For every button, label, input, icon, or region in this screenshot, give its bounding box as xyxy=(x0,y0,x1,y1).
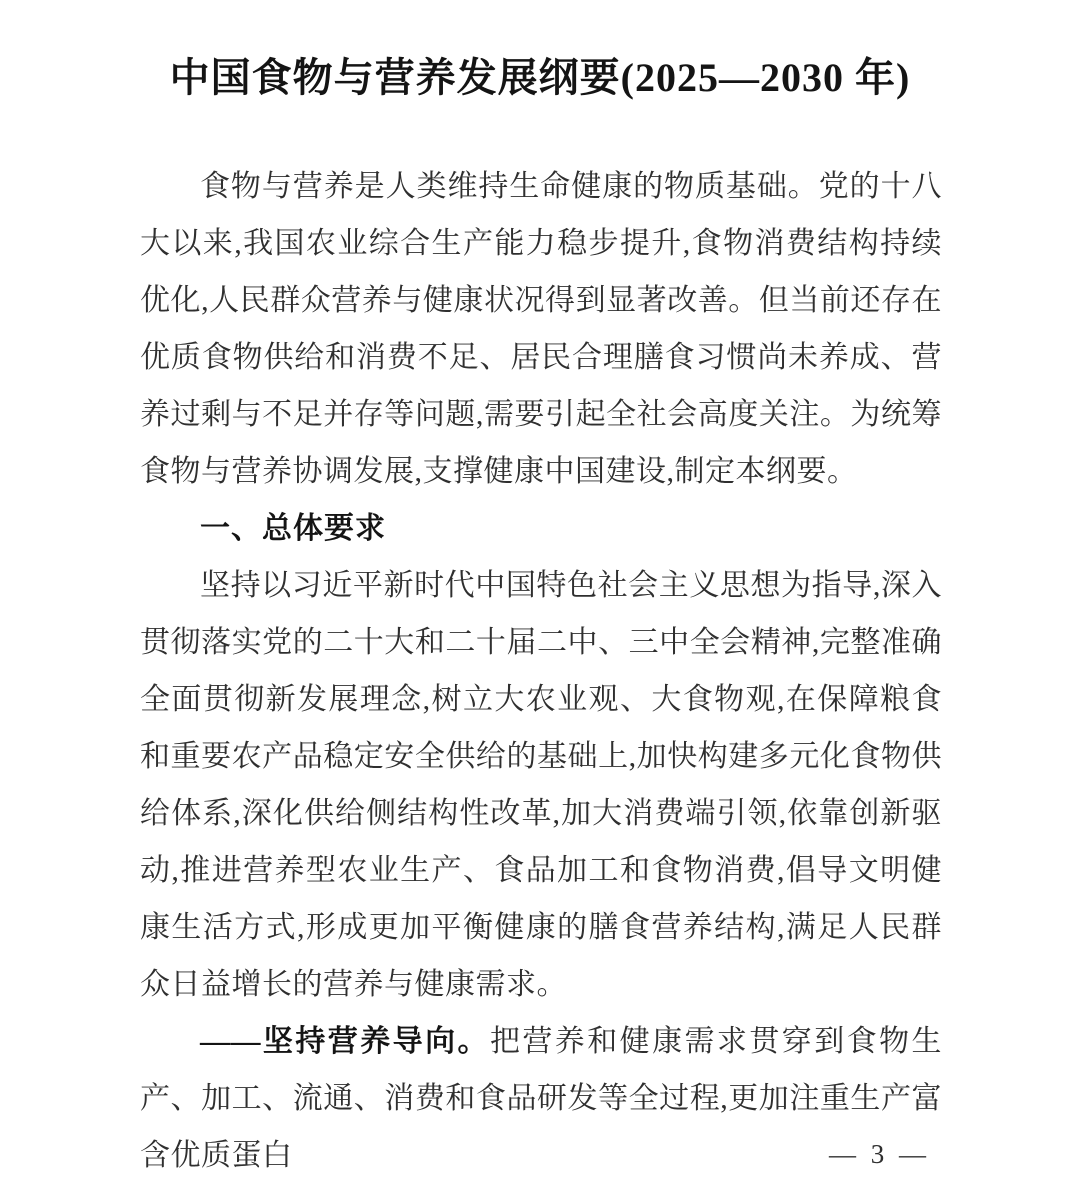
principle-lead: ——坚持营养导向。 xyxy=(200,1025,490,1058)
document-page: 中国食物与营养发展纲要(2025—2030 年) 食物与营养是人类维持生命健康的… xyxy=(0,0,1080,1202)
intro-paragraph: 食物与营养是人类维持生命健康的物质基础。党的十八大以来,我国农业综合生产能力稳步… xyxy=(140,158,942,500)
page-number: — 3 — xyxy=(829,1138,930,1170)
section-1-heading: 一、总体要求 xyxy=(140,500,942,557)
document-title: 中国食物与营养发展纲要(2025—2030 年) xyxy=(0,52,1080,104)
section-1-paragraph: 坚持以习近平新时代中国特色社会主义思想为指导,深入贯彻落实党的二十大和二十届二中… xyxy=(140,557,942,1013)
document-body: 食物与营养是人类维持生命健康的物质基础。党的十八大以来,我国农业综合生产能力稳步… xyxy=(140,158,942,1184)
principle-paragraph: ——坚持营养导向。把营养和健康需求贯穿到食物生产、加工、流通、消费和食品研发等全… xyxy=(140,1013,942,1184)
